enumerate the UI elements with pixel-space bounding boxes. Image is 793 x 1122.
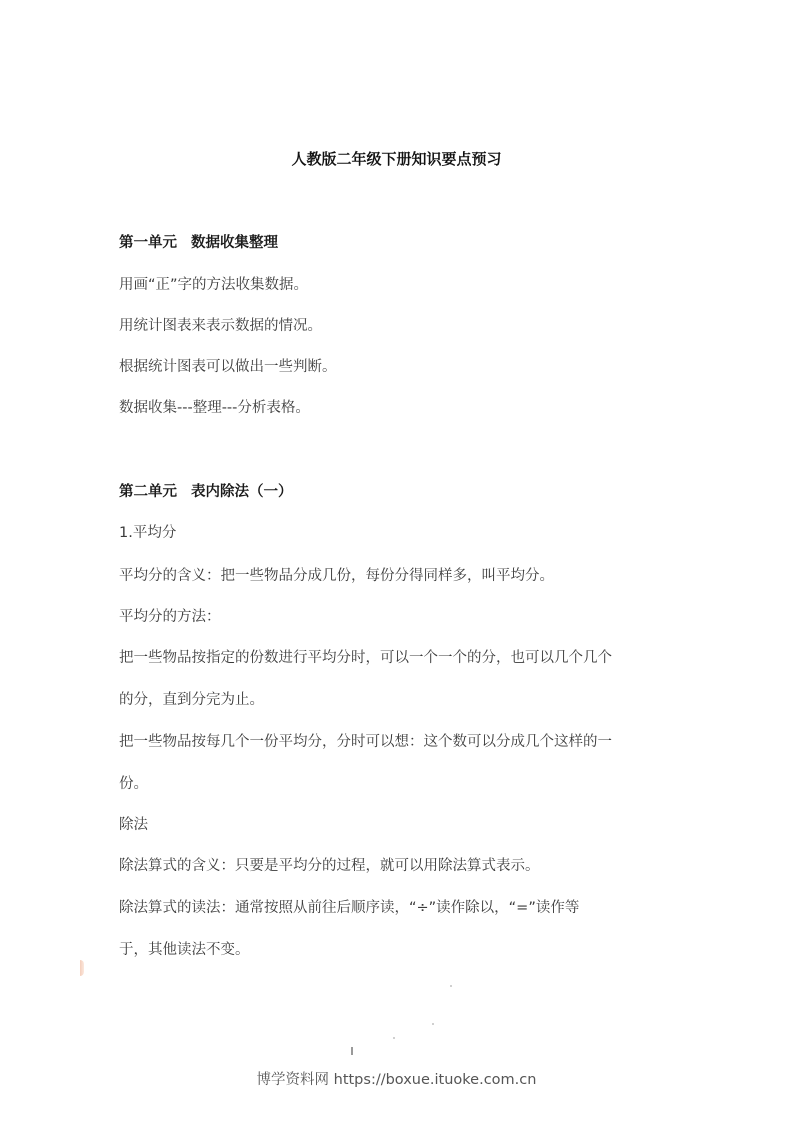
document-page: 人教版二年级下册知识要点预习 第一单元数据收集整理 用画“正”字的方法收集数据。… bbox=[0, 0, 793, 1122]
paragraph-line: 的分，直到分完为止。 bbox=[119, 690, 264, 710]
section-topic-label: 数据收集整理 bbox=[191, 235, 278, 251]
paragraph-line: 除法算式的含义：只要是平均分的过程，就可以用除法算式表示。 bbox=[119, 856, 540, 876]
paragraph-line: 用统计图表来表示数据的情况。 bbox=[119, 316, 322, 336]
section-topic-label: 表内除法（一） bbox=[191, 484, 293, 500]
paragraph-line: 除法算式的读法：通常按照从前往后顺序读，“÷”读作除以，“=”读作等 bbox=[119, 898, 579, 918]
subheading-average-division: 1.平均分 bbox=[119, 523, 176, 543]
paragraph-line: 平均分的含义：把一些物品分成几份，每份分得同样多，叫平均分。 bbox=[119, 566, 554, 586]
scan-artifact bbox=[80, 960, 84, 976]
paragraph-line: 数据收集---整理---分析表格。 bbox=[119, 398, 310, 418]
paragraph-line: 根据统计图表可以做出一些判断。 bbox=[119, 357, 337, 377]
scan-artifact bbox=[351, 1047, 353, 1055]
section-unit-label: 第二单元 bbox=[119, 484, 177, 500]
scan-artifact bbox=[393, 1037, 395, 1039]
paragraph-line: 于，其他读法不变。 bbox=[119, 940, 250, 960]
paragraph-line: 平均分的方法： bbox=[119, 607, 221, 627]
paragraph-line: 用画“正”字的方法收集数据。 bbox=[119, 275, 308, 295]
scan-artifact bbox=[432, 1023, 434, 1025]
document-title: 人教版二年级下册知识要点预习 bbox=[0, 149, 793, 169]
paragraph-line: 把一些物品按指定的份数进行平均分时，可以一个一个的分，也可以几个几个 bbox=[119, 648, 612, 668]
section-heading-unit-2: 第二单元表内除法（一） bbox=[119, 482, 293, 502]
section-heading-unit-1: 第一单元数据收集整理 bbox=[119, 233, 278, 253]
paragraph-line: 份。 bbox=[119, 774, 148, 794]
paragraph-line: 把一些物品按每几个一份平均分，分时可以想：这个数可以分成几个这样的一 bbox=[119, 732, 612, 752]
footer-watermark: 博学资料网 https://boxue.ituoke.com.cn bbox=[0, 1070, 793, 1090]
section-unit-label: 第一单元 bbox=[119, 235, 177, 251]
scan-artifact bbox=[450, 985, 452, 987]
subheading-division: 除法 bbox=[119, 815, 148, 835]
